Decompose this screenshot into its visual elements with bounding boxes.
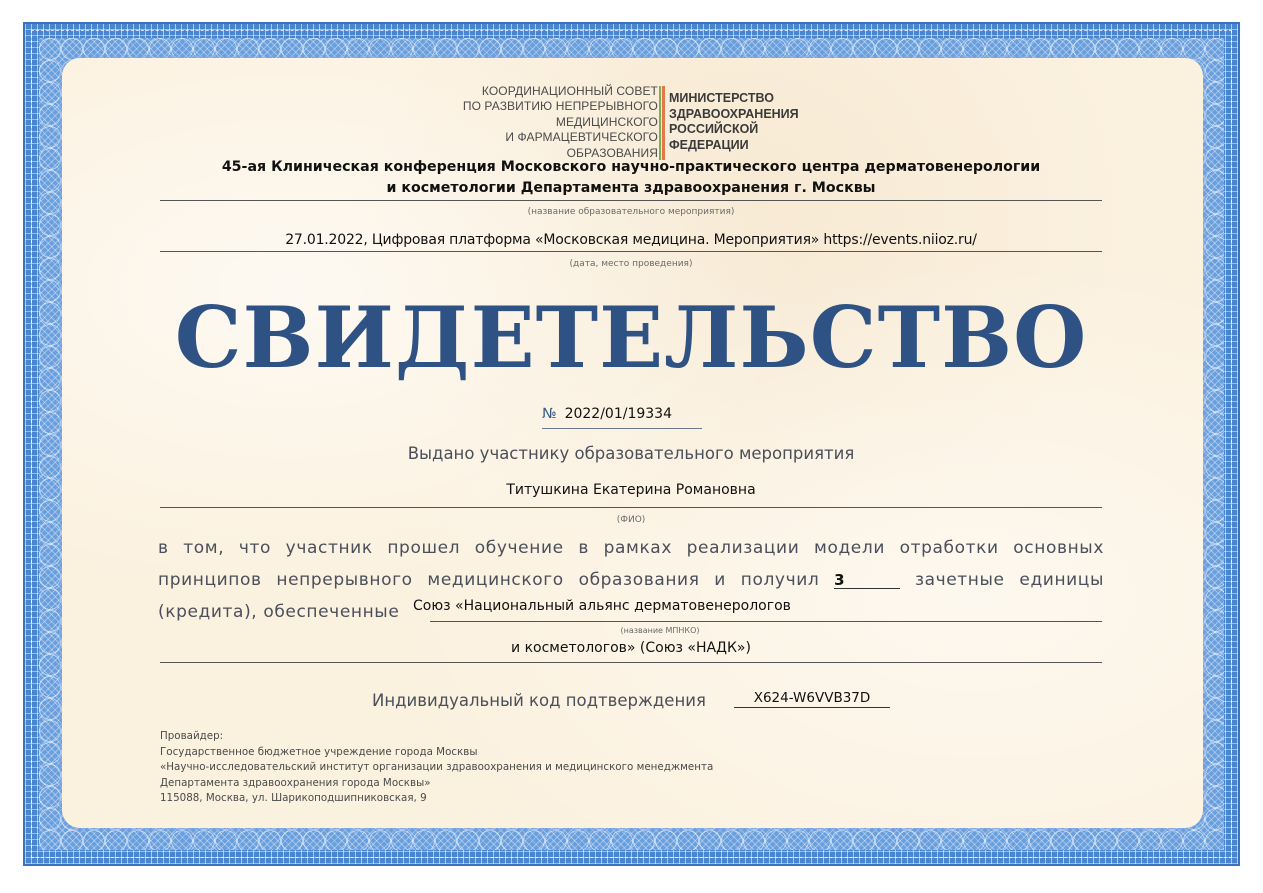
council-line: И ФАРМАЦЕВТИЧЕСКОГО bbox=[440, 130, 658, 145]
provider-label: Провайдер: bbox=[160, 729, 713, 745]
mpnko-caption: (название МПНКО) bbox=[560, 626, 760, 635]
issued-to-label: Выдано участнику образовательного меропр… bbox=[160, 444, 1102, 463]
body-line-2: принципов непрерывного медицинского обра… bbox=[158, 570, 1104, 590]
council-line: МЕДИЦИНСКОГО bbox=[440, 115, 658, 130]
event-title-caption: (название образовательного мероприятия) bbox=[160, 207, 1102, 217]
certificate-number: №2022/01/19334 bbox=[542, 406, 702, 422]
ministry-line: ЗДРАВООХРАНЕНИЯ bbox=[669, 107, 869, 123]
certificate-title: СВИДЕТЕЛЬСТВО bbox=[160, 288, 1102, 388]
mpnko-name-line2: и косметологов» (Союз «НАДК») bbox=[160, 640, 1102, 656]
divider bbox=[160, 662, 1102, 663]
body-text: в том, что участник прошел обучение в ра… bbox=[158, 538, 1104, 558]
mpnko-name-line1: Союз «Национальный альянс дерматовенерол… bbox=[413, 598, 791, 614]
participant-name: Титушкина Екатерина Романовна bbox=[160, 482, 1102, 498]
confirmation-code-value: X624-W6VVB37D bbox=[734, 690, 890, 708]
ministry-line: МИНИСТЕРСТВО bbox=[669, 91, 869, 107]
provider-line: Государственное бюджетное учреждение гор… bbox=[160, 745, 713, 761]
event-date-place: 27.01.2022, Цифровая платформа «Московск… bbox=[160, 232, 1102, 248]
provider-line: 115088, Москва, ул. Шарикоподшипниковска… bbox=[160, 791, 713, 807]
council-line: КООРДИНАЦИОННЫЙ СОВЕТ bbox=[440, 84, 658, 99]
name-caption: (ФИО) bbox=[160, 515, 1102, 525]
divider bbox=[430, 621, 1102, 622]
ministry-line: РОССИЙСКОЙ bbox=[669, 122, 869, 138]
provider-line: «Научно-исследовательский институт орган… bbox=[160, 760, 713, 776]
event-title-line2: и косметологии Департамента здравоохране… bbox=[160, 178, 1102, 199]
body-line-3: (кредита), обеспеченные bbox=[158, 602, 399, 622]
credits-value: 3 bbox=[834, 572, 900, 589]
date-place-caption: (дата, место проведения) bbox=[160, 259, 1102, 269]
body-text: принципов непрерывного медицинского обра… bbox=[158, 570, 819, 590]
divider bbox=[542, 428, 702, 429]
confirmation-code-label: Индивидуальный код подтверждения bbox=[372, 691, 706, 710]
ministry-line: ФЕДЕРАЦИИ bbox=[669, 138, 869, 154]
event-title-line1: 45-ая Клиническая конференция Московског… bbox=[160, 157, 1102, 178]
provider-line: Департамента здравоохранения города Моск… bbox=[160, 776, 713, 792]
council-logo-text: КООРДИНАЦИОННЫЙ СОВЕТ ПО РАЗВИТИЮ НЕПРЕР… bbox=[440, 84, 658, 161]
number-sign: № bbox=[542, 406, 557, 422]
body-line-1: в том, что участник прошел обучение в ра… bbox=[158, 538, 1104, 558]
flag-bar-icon bbox=[659, 86, 665, 160]
divider bbox=[160, 251, 1102, 252]
ministry-logo-text: МИНИСТЕРСТВО ЗДРАВООХРАНЕНИЯ РОССИЙСКОЙ … bbox=[669, 91, 869, 153]
certificate-number-value: 2022/01/19334 bbox=[565, 406, 672, 422]
council-line: ПО РАЗВИТИЮ НЕПРЕРЫВНОГО bbox=[440, 99, 658, 114]
divider bbox=[160, 507, 1102, 508]
body-text: зачетные единицы bbox=[915, 570, 1104, 590]
provider-block: Провайдер: Государственное бюджетное учр… bbox=[160, 729, 713, 807]
event-title: 45-ая Клиническая конференция Московског… bbox=[160, 157, 1102, 199]
divider bbox=[160, 200, 1102, 201]
